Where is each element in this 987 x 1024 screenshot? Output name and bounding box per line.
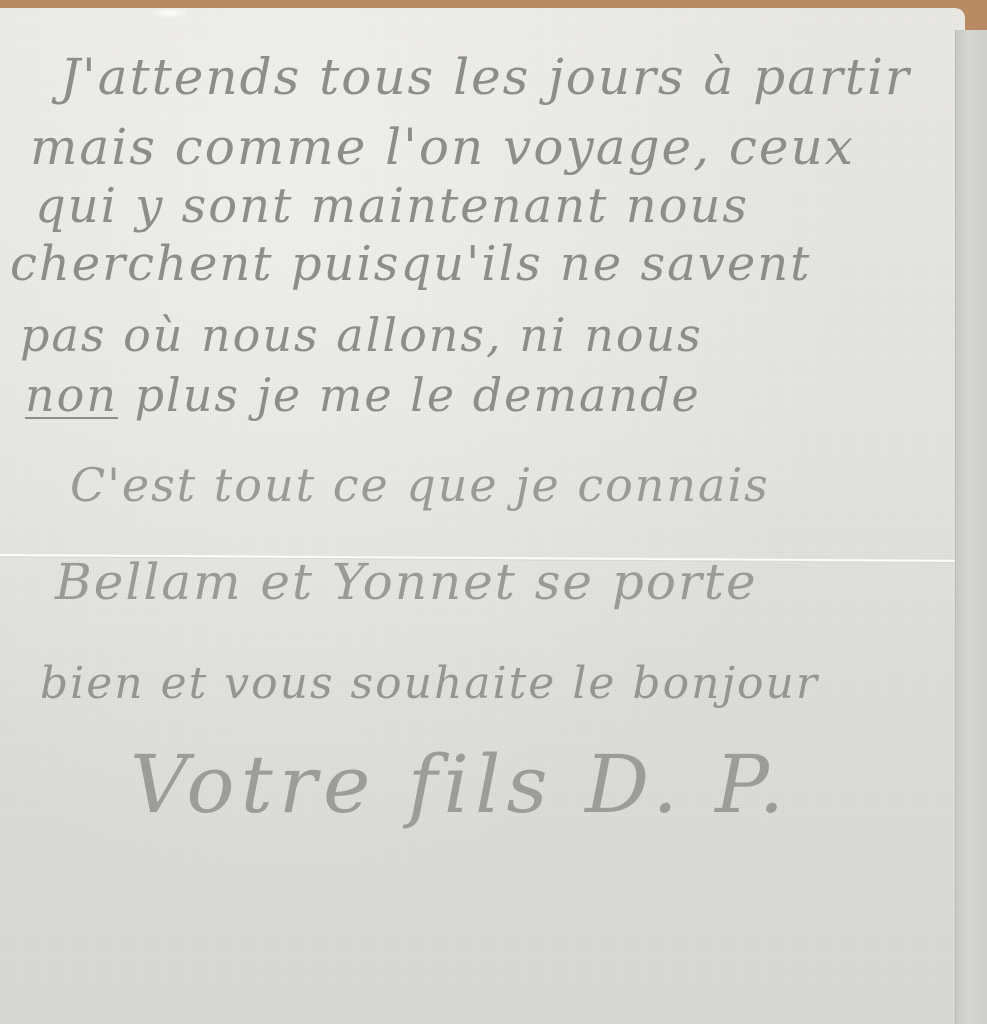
letter-line-1: J'attends tous les jours à partir [60, 48, 911, 106]
letter-line-5: pas où nous allons, ni nous [20, 308, 703, 362]
letter-line-8: Bellam et Yonnet se porte [55, 553, 758, 611]
letter-paper: J'attends tous les jours à partir mais c… [0, 8, 965, 1024]
letter-line-2: mais comme l'on voyage, ceux [30, 118, 855, 176]
light-glare [150, 8, 190, 18]
letter-line-3: qui y sont maintenant nous [35, 178, 749, 234]
letter-line-6: non plus je me le demande [25, 368, 701, 422]
underlined-word: non [25, 368, 118, 422]
paper-right-fold-flap [955, 30, 987, 1024]
letter-line-6-rest: plus je me le demande [118, 368, 701, 422]
letter-line-9: bien et vous souhaite le bonjour [40, 658, 819, 709]
letter-line-4: cherchent puisqu'ils ne savent [10, 236, 811, 292]
signature: Votre fils D. P. [130, 738, 790, 831]
letter-line-7: C'est tout ce que je connais [70, 458, 770, 512]
